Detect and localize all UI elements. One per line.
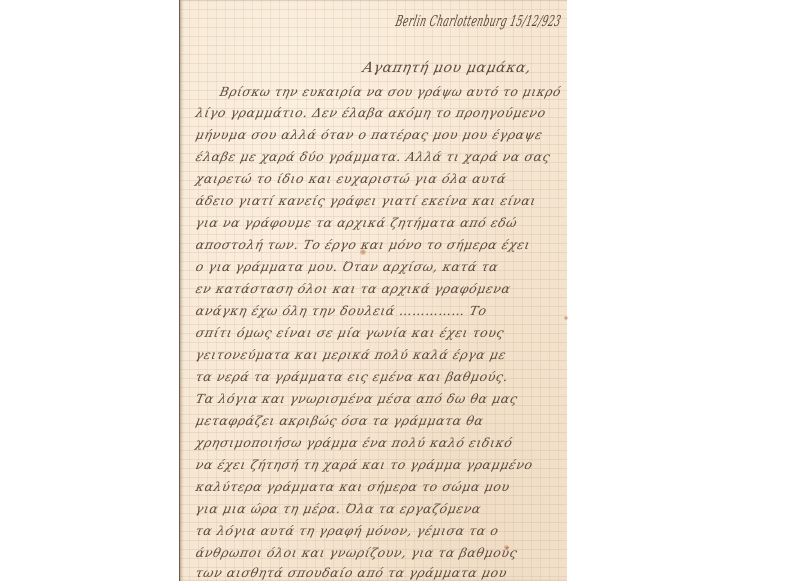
letter-page: Berlin Charlottenburg 15/12/923 Αγαπητή … <box>179 0 567 581</box>
body-line: ανάγκη έχω όλη την δουλειά …………… Το <box>194 303 488 318</box>
letter-date: 15/12/923 <box>509 12 563 30</box>
body-line: μήνυμα σου αλλά όταν ο πατέρας μου μου έ… <box>194 127 544 142</box>
body-line: χρησιμοποιήσω γράμμα ένα πολύ καλό ειδικ… <box>194 435 514 450</box>
body-line: καλύτερα γράμματα και σήμερα το σώμα μου <box>194 479 511 494</box>
ink-stain <box>564 316 568 320</box>
body-line: σπίτι όμως είναι σε μία γωνία και έχει τ… <box>194 325 505 340</box>
body-line: γειτονεύματα και μερικά πολύ καλά έργα μ… <box>194 347 507 362</box>
body-line: τα νερά τα γράμματα εις εμένα και βαθμού… <box>194 369 509 384</box>
body-line: χαιρετώ το ίδιο και ευχαριστώ για όλα αυ… <box>194 171 507 186</box>
body-line: για μια ώρα τη μέρα. Όλα τα εργαζόμενα <box>194 501 482 516</box>
body-line: Βρίσκω την ευκαιρία να σου γράψω αυτό το… <box>218 84 562 99</box>
letter-salutation: Αγαπητή μου μαμάκα, <box>361 60 533 76</box>
body-line: να έχει ζήτησή τη χαρά και το γράμμα γρα… <box>194 457 534 472</box>
body-line: των αισθητά σπουδαίο από τα γράμματα μου <box>194 565 508 580</box>
body-line: έλαβε με χαρά δύο γράμματα. Αλλά τι χαρά… <box>194 149 552 164</box>
letter-header: Berlin Charlottenburg 15/12/923 <box>394 12 563 30</box>
body-line: εν κατάσταση όλοι και τα αρχικά γραφόμεν… <box>194 281 512 296</box>
ink-stain <box>504 545 509 550</box>
body-line: άνθρωποι όλοι και γνωρίζουν, για τα βαθμ… <box>194 545 519 560</box>
body-line: άδειο γιατί κανείς γράφει γιατί εκείνα κ… <box>194 193 537 208</box>
ink-stain <box>360 249 366 255</box>
body-line: μεταφράζει ακριβώς όσα τα γράμματα θα <box>194 413 485 428</box>
letter-place: Berlin Charlottenburg <box>394 12 509 30</box>
body-line: λίγο γραμμάτιο. Δεν έλαβα ακόμη το προηγ… <box>194 105 547 120</box>
body-line: Τα λόγια και γνωρισμένα μέσα από δω θα μ… <box>194 391 519 406</box>
body-line: τα λόγια αυτά τη γραφή μόνον, γέμισα τα … <box>194 523 500 538</box>
body-line: για να γράφουμε τα αρχικά ζητήματα από ε… <box>194 215 518 230</box>
body-line: ο για γράμματα μου. Όταν αρχίσω, κατά τα <box>194 259 500 274</box>
